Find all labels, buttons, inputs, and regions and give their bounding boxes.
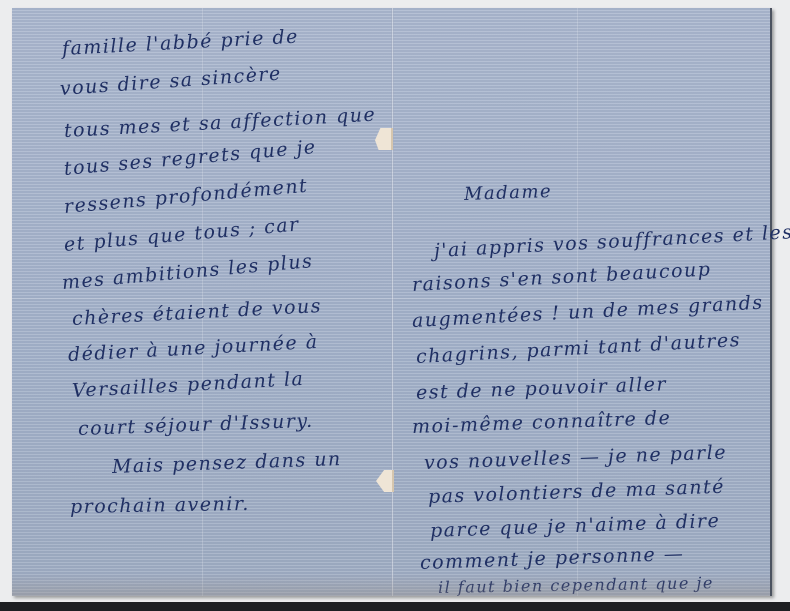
scan-bottom-edge bbox=[0, 602, 790, 611]
handwriting-line: famille l'abbé prie de bbox=[61, 26, 299, 60]
handwriting-line: est de ne pouvoir aller bbox=[416, 373, 668, 404]
handwriting-line: vous dire sa sincère bbox=[59, 63, 282, 100]
handwriting-line: parce que je n'aime à dire bbox=[430, 510, 721, 542]
handwriting-line: comment je personne — bbox=[420, 543, 685, 574]
handwriting-line: augmentées ! un de mes grands bbox=[411, 292, 764, 332]
handwriting-line: raisons s'en sont beaucoup bbox=[411, 258, 711, 296]
handwriting-line: mes ambitions les plus bbox=[61, 250, 314, 294]
handwriting-line: vos nouvelles — je ne parle bbox=[424, 441, 728, 474]
handwriting-line: tous ses regrets que je bbox=[63, 136, 317, 180]
handwriting-line: chagrins, parmi tant d'autres bbox=[415, 329, 741, 368]
left-page: famille l'abbé prie de vous dire sa sinc… bbox=[12, 8, 390, 596]
handwriting-line: j'ai appris vos souffrances et les bbox=[433, 221, 790, 262]
letter-sheet: famille l'abbé prie de vous dire sa sinc… bbox=[12, 8, 772, 596]
handwriting-line: et plus que tous ; car bbox=[63, 213, 300, 256]
handwriting-line: ressens profondément bbox=[63, 175, 309, 218]
handwriting-line: court séjour d'Issury. bbox=[78, 410, 314, 440]
salutation: Madame bbox=[464, 181, 553, 205]
handwriting-line: il faut bien cependant que je bbox=[438, 573, 714, 597]
handwriting-line: pas volontiers de ma santé bbox=[428, 476, 726, 508]
right-page: Madame j'ai appris vos souffrances et le… bbox=[394, 8, 770, 596]
handwriting-line: Mais pensez dans un bbox=[112, 448, 342, 478]
handwriting-line: dédier à une journée à bbox=[67, 331, 319, 366]
handwriting-line: moi-même connaître de bbox=[412, 407, 672, 438]
handwriting-line: prochain avenir. bbox=[70, 493, 250, 518]
handwriting-line: Versailles pendant la bbox=[71, 368, 304, 402]
handwriting-line: chères étaient de vous bbox=[71, 295, 322, 330]
handwriting-line: tous mes et sa affection que bbox=[63, 104, 376, 142]
